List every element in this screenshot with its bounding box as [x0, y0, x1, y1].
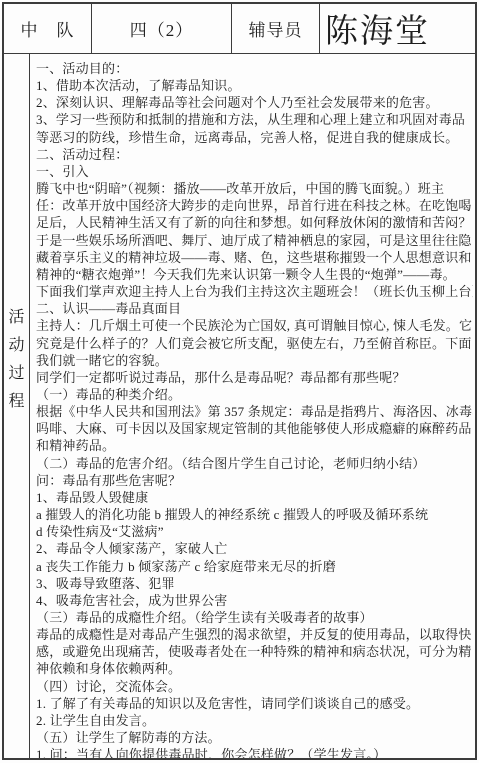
- content-line: 腾飞中也“阴暗”（视频：播放——改革开放后，中国的腾飞面貌。）班主: [36, 180, 473, 197]
- content-line: 神依赖和身体依赖两种。: [36, 660, 473, 677]
- content-line: 精神的“糖衣炮弹”！今天我们先来认识第一颗令人生畏的“炮弹”——毒。: [36, 266, 473, 283]
- process-side-char: 动: [8, 338, 24, 354]
- process-side-column: 活动过程: [4, 54, 30, 758]
- content-line: 二、活动过程：: [36, 146, 473, 163]
- lesson-plan-table: 中 队 四（2） 辅导员 陈海堂 活动过程 一、活动目的：1、借助本次活动，了解…: [2, 2, 477, 760]
- content-line: （一）毒品的种类介绍。: [36, 386, 473, 403]
- team-label: 中 队: [4, 4, 92, 53]
- header-row: 中 队 四（2） 辅导员 陈海堂: [4, 4, 475, 54]
- content-line: 2. 让学生自由发言。: [36, 712, 473, 729]
- process-side-char: 过: [8, 366, 24, 382]
- counselor-name: 陈海堂: [320, 4, 475, 53]
- content-line: 3、吸毒导致堕落、犯罪: [36, 575, 473, 592]
- content-line: 一、引入: [36, 163, 473, 180]
- content-line: （五）让学生了解防毒的方法。: [36, 729, 473, 746]
- counselor-label: 辅导员: [232, 4, 320, 53]
- content-line: 2、深刻认识、理解毒品等社会问题对个人乃至社会发展带来的危害。: [36, 94, 473, 111]
- content-line: 任：改革开放中国经济大跨步的走向世界，昂首行进在科技之林。在吃饱喝: [36, 197, 473, 214]
- content-line: 和精神药品。: [36, 437, 473, 454]
- content-line: d 传染性病及“艾滋病”: [36, 523, 473, 540]
- content-line: a 摧毁人的消化功能 b 摧毁人的神经系统 c 摧毁人的呼吸及循环系统: [36, 506, 473, 523]
- content-line: 二、认识——毒品真面目: [36, 300, 473, 317]
- content-line: （二）毒品的危害介绍。（结合图片学生自己讨论，老师归纳小结）: [36, 455, 473, 472]
- content-line: 1. 了解了有关毒品的知识以及危害性，请同学们谈谈自己的感受。: [36, 695, 473, 712]
- content-line: 1、借助本次活动，了解毒品知识。: [36, 77, 473, 94]
- lesson-plan-document: 中 队 四（2） 辅导员 陈海堂 活动过程 一、活动目的：1、借助本次活动，了解…: [0, 0, 479, 763]
- content-line: 下面我们掌声欢迎主持人上台为我们主持这次主题班会！（班长仇玉柳上台）: [36, 283, 473, 300]
- process-side-char: 活: [8, 310, 24, 326]
- content-line: 于是一些娱乐场所酒吧、舞厅、迪厅成了精神栖息的家园，可是这里往往隐: [36, 232, 473, 249]
- body-row: 活动过程 一、活动目的：1、借助本次活动，了解毒品知识。2、深刻认识、理解毒品等…: [4, 54, 475, 758]
- content-line: 2、毒品令人倾家荡产，家破人亡: [36, 540, 473, 557]
- content-line: 根据《中华人民共和国刑法》第 357 条规定：毒品是指鸦片、海洛因、冰毒、: [36, 403, 473, 420]
- content-line: 感，或避免出现痛苦，使吸毒者处在一种特殊的精神和病态状况，可分为精: [36, 643, 473, 660]
- content-line: 等恶习的防线，珍惜生命，远离毒品，完善人格，促进自我的健康成长。: [36, 129, 473, 146]
- content-line: （三）毒品的成瘾性介绍。（给学生读有关吸毒者的故事）: [36, 609, 473, 626]
- team-value: 四（2）: [92, 4, 232, 53]
- content-line: 1. 问：当有人向你提供毒品时，你会怎样做？（学生发言。）: [36, 746, 473, 758]
- content-line: 问：毒品有那些危害呢？: [36, 472, 473, 489]
- content-line: 4、吸毒危害社会，成为世界公害: [36, 592, 473, 609]
- content-line: 1、毒品毁人毁健康: [36, 489, 473, 506]
- content-line: 我们就一睹它的容貌。: [36, 352, 473, 369]
- content-line: 一、活动目的：: [36, 60, 473, 77]
- content-line: 究竟是什么样子的？人们竟会被它所支配，驱使左右，乃至俯首称臣。下面: [36, 335, 473, 352]
- process-side-label: 活动过程: [8, 310, 24, 410]
- content-line: 足后，人民精神生活又有了新的向往和梦想。如何释放休闲的激情和苦闷？: [36, 214, 473, 231]
- content-line: （四）讨论，交流体会。: [36, 678, 473, 695]
- content-line: 3、学习一些预防和抵制的措施和方法，从生理和心理上建立和巩固对毒品: [36, 111, 473, 128]
- content-line: 主持人：几斤烟土可使一个民族沦为亡国奴, 真可谓触目惊心, 悚人毛发。它: [36, 317, 473, 334]
- process-side-char: 程: [8, 394, 24, 410]
- content-line: 藏着享乐主义的精神垃圾——毒、赌、色，这些堪称摧毁一个人思想意识和: [36, 249, 473, 266]
- content-line: 同学们一定都听说过毒品，那什么是毒品呢？毒品都有那些呢？: [36, 369, 473, 386]
- content-line: 吗啡、大麻、可卡因以及国家规定管制的其他能够使人形成瘾癖的麻醉药品: [36, 420, 473, 437]
- content-line: 毒品的成瘾性是对毒品产生强烈的渴求欲望，并反复的使用毒品，以取得快: [36, 626, 473, 643]
- content-line: a 丧失工作能力 b 倾家荡产 c 给家庭带来无尽的折磨: [36, 558, 473, 575]
- content-area: 一、活动目的：1、借助本次活动，了解毒品知识。2、深刻认识、理解毒品等社会问题对…: [30, 54, 475, 758]
